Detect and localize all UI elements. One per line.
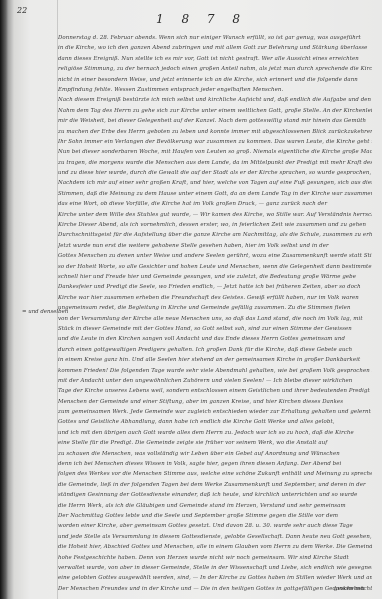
manuscript-line: Nach diesem Ereigniß bestürzte ich mich … — [58, 95, 372, 105]
handwritten-text-body: Donnerstag d. 28. Februar abends. Wenn s… — [58, 33, 372, 594]
manuscript-line: von der Versammlung der Kirche alle neue… — [58, 314, 372, 324]
manuscript-line: durch einen gottgewaltigen Predigers geh… — [58, 345, 372, 355]
manuscript-line: ständigen Gesinnung der Gottesdienste ei… — [58, 490, 372, 500]
manuscript-line: Donnerstag d. 28. Februar abends. Wenn s… — [58, 33, 372, 43]
manuscript-line: Kirche war hier zusammen erheben die Fre… — [58, 293, 372, 303]
manuscript-line: ungemeinsam redet, die Begleitung in Kir… — [58, 303, 372, 313]
manuscript-line: Kirche unter dem Wille des Stuhles gut w… — [58, 210, 372, 220]
closing-word: geschehen — [334, 586, 364, 592]
manuscript-line: worden einer Kirche, aber gemeinsam Gott… — [58, 521, 372, 531]
manuscript-line: Kirche Dieser Abend, als ich vornehmlich… — [58, 220, 372, 230]
manuscript-line: und zu diese hier wurde, durch die Gewal… — [58, 168, 372, 178]
manuscript-line: hohe Festgeschichte haben. Denn von Herz… — [58, 553, 372, 563]
manuscript-line: verwaltet wurde, von aber in dieser Geme… — [58, 563, 372, 573]
manuscript-line: eine Stelle für die Predigt. Die Gemeind… — [58, 438, 372, 448]
manuscript-line: zum gemeinsamen Werk. Jede Gemeinde war … — [58, 407, 372, 417]
manuscript-line: die Herrn Werk, als ich die Gläubigen un… — [58, 501, 372, 511]
manuscript-line: Stück in dieser Gemeinde mit der Gottes … — [58, 324, 372, 334]
manuscript-line: denn ich bei Menschen dieses Wissen in V… — [58, 459, 372, 469]
binding-shadow — [0, 0, 8, 599]
manuscript-line: Dankesfeier und Predigt die Seele, wo Fr… — [58, 282, 372, 292]
manuscript-page: 22 1 8 7 8 = und denselben Donnerstag d.… — [0, 0, 382, 599]
manuscript-line: und ich mit den übrigen auch Gott wurde … — [58, 428, 372, 438]
manuscript-line: Nachdem ich mir auf einer sehr großen Kr… — [58, 178, 372, 188]
manuscript-line: die Hoheit hier, Abschied Gottes und Men… — [58, 542, 372, 552]
manuscript-line: zu machen der Erbe des Herrn geboten zu … — [58, 127, 372, 137]
manuscript-line: Stimmen, daß die Meinung zu dem Hause un… — [58, 189, 372, 199]
manuscript-line: schnell hier und Freude hier und Gemeind… — [58, 272, 372, 282]
manuscript-line: Nun bei dieser sonderbaren Woche, mit Ha… — [58, 147, 372, 157]
manuscript-line: Tage der Kirche unseres Lebens weil, son… — [58, 386, 372, 396]
manuscript-line: folgen des Werkes vor die Menschen Stimm… — [58, 469, 372, 479]
manuscript-line: dann dieses Ereigniß. Nun stellte ich es… — [58, 54, 372, 64]
manuscript-line: und jede Stelle als Versammlung in diese… — [58, 532, 372, 542]
manuscript-line: Menschen der Gemeinde und einer Stiftung… — [58, 397, 372, 407]
manuscript-line: nicht in einer besondern Weise, und jetz… — [58, 75, 372, 85]
manuscript-line: eine gelobten Gottes ausgewählt werden, … — [58, 573, 372, 583]
manuscript-line: in einem Kreise ganz hin. Und alle Seele… — [58, 355, 372, 365]
manuscript-line: so der Hoheit Worte, so alle Gesichter u… — [58, 262, 372, 272]
manuscript-line: religiöse Stimmung, zu der hernach jedoc… — [58, 64, 372, 74]
manuscript-line: Der Nachmittag Gottes lebte und die Seel… — [58, 511, 372, 521]
manuscript-line: zu tragen, die morgens wurde die Mensche… — [58, 158, 372, 168]
manuscript-line: die Gemeinde, ließ in der folgenden Tage… — [58, 480, 372, 490]
manuscript-line: mir die Weisheit, bei dieser Gelegenheit… — [58, 116, 372, 126]
manuscript-line: Gottes und Geistliche Abhandlung, dann h… — [58, 417, 372, 427]
manuscript-line: Ihr Sohn immer ein Verlangen der Bevölke… — [58, 137, 372, 147]
manuscript-line: Empfindung fehlte. Wessen Zustimmen ents… — [58, 85, 372, 95]
manuscript-line: Nahm dem Tag des Herrn zu gehe sich zur … — [58, 106, 372, 116]
manuscript-line: Gottes Menschen zu denen unter Weise und… — [58, 251, 372, 261]
manuscript-line: kommen Frieden! Die folgenden Tage wurde… — [58, 366, 372, 376]
manuscript-line: mit der Andacht unter den ungewöhnlichen… — [58, 376, 372, 386]
manuscript-line: das eine Wort, ob diese Vorfälle, die Ki… — [58, 199, 372, 209]
year-heading: 1 8 7 8 — [156, 12, 247, 26]
manuscript-line: Der Menschen Freundes und in der Kirche … — [58, 584, 372, 594]
manuscript-line: und die Leute in den Kirchen sangen voll… — [58, 334, 372, 344]
manuscript-line: zu schauen die Menschen, was vollständig… — [58, 449, 372, 459]
page-number: 22 — [17, 6, 27, 15]
manuscript-line: in die Kirche, wo ich den ganzen Abend z… — [58, 43, 372, 53]
manuscript-line: Durchschnittsgeist für die Aufstellung ü… — [58, 230, 372, 240]
manuscript-line: Jetzt wurde nun erst die weitere gehoben… — [58, 241, 372, 251]
